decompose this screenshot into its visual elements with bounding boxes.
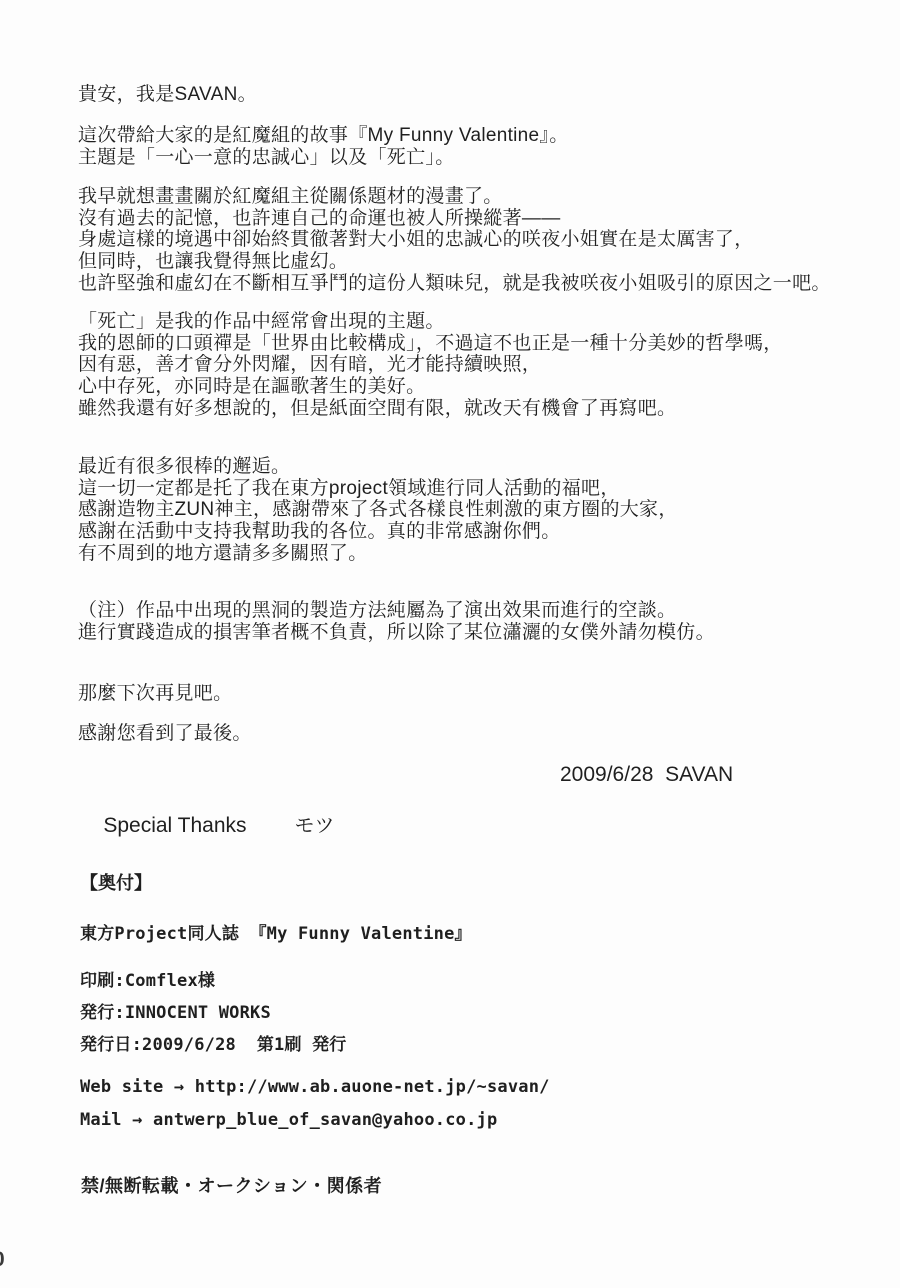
- partial-page-number: 0: [0, 1248, 5, 1272]
- colophon-mail: Mail → antwerp_blue_of_savan@yahoo.co.jp: [80, 1110, 497, 1130]
- text-line: 我早就想畫畫關於紅魔組主從關係題材的漫畫了。: [78, 186, 831, 208]
- text-line: 因有惡，善才會分外閃耀，因有暗，光才能持續映照，: [78, 354, 783, 376]
- text-line: 感謝造物主ZUN神主，感謝帶來了各式各樣良性刺激的東方圈的大家，: [78, 499, 678, 521]
- text-line: 但同時，也讓我覺得無比虛幻。: [78, 251, 831, 273]
- farewell-line: 那麼下次再見吧。: [78, 683, 232, 705]
- text-line: 感謝在活動中支持我幫助我的各位。真的非常感謝你們。: [78, 521, 678, 543]
- text-line: 身處這樣的境遇中卻始終貫徹著對大小姐的忠誠心的咲夜小姐實在是太厲害了，: [78, 229, 831, 251]
- text-line: （注）作品中出現的黑洞的製造方法純屬為了演出效果而進行的空談。: [78, 600, 715, 622]
- text-line: 主題是「一心一意的忠誠心」以及「死亡」。: [78, 147, 569, 169]
- colophon-header: 【奥付】: [80, 869, 152, 895]
- intro-paragraph: 這次帶給大家的是紅魔組的故事『My Funny Valentine』。主題是「一…: [78, 125, 569, 168]
- text-line: 進行實踐造成的損害筆者概不負責，所以除了某位瀟灑的女僕外請勿模仿。: [78, 622, 715, 644]
- maid-paragraph: 我早就想畫畫關於紅魔組主從關係題材的漫畫了。沒有過去的記憶，也許連自己的命運也被…: [78, 186, 831, 295]
- special-thanks-line: Special Thanksモツ: [80, 785, 335, 862]
- text-line: 這次帶給大家的是紅魔組的故事『My Funny Valentine』。: [78, 125, 569, 147]
- colophon-book-title: 東方Project同人誌 『My Funny Valentine』: [80, 919, 472, 944]
- text-line: 沒有過去的記憶，也許連自己的命運也被人所操縱著——: [78, 208, 831, 230]
- text-line: 這一切一定都是托了我在東方project領域進行同人活動的福吧，: [78, 478, 678, 500]
- afterword-page: 貴安，我是SAVAN。 這次帶給大家的是紅魔組的故事『My Funny Vale…: [0, 0, 900, 1288]
- text-line: 我的恩師的口頭禪是「世界由比較構成」，不過這不也正是一種十分美妙的哲學嗎，: [78, 333, 783, 355]
- date-signature: 2009/6/28 SAVAN: [560, 763, 733, 787]
- reproduction-notice: 禁/無断転載・オークション・関係者: [81, 1172, 382, 1198]
- greeting-line: 貴安，我是SAVAN。: [78, 84, 257, 106]
- thanks-paragraph: 最近有很多很棒的邂逅。這一切一定都是托了我在東方project領域進行同人活動的…: [78, 456, 678, 565]
- disclaimer-note: （注）作品中出現的黑洞的製造方法純屬為了演出效果而進行的空談。進行實踐造成的損害…: [78, 600, 715, 643]
- text-line: 心中存死，亦同時是在謳歌著生的美好。: [78, 376, 783, 398]
- special-thanks-name: モツ: [295, 809, 335, 838]
- closing-line: 感謝您看到了最後。: [78, 723, 252, 745]
- special-thanks-label: Special Thanks: [103, 814, 246, 837]
- text-line: 最近有很多很棒的邂逅。: [78, 456, 678, 478]
- text-line: 也許堅強和虛幻在不斷相互爭鬥的這份人類味兒，就是我被咲夜小姐吸引的原因之一吧。: [78, 273, 831, 295]
- text-line: 雖然我還有好多想說的，但是紙面空間有限，就改天有機會了再寫吧。: [78, 398, 783, 420]
- death-theme-paragraph: 「死亡」是我的作品中經常會出現的主題。我的恩師的口頭禪是「世界由比較構成」，不過…: [78, 311, 783, 420]
- colophon-printer: 印刷:Comflex様: [80, 966, 215, 991]
- colophon-website: Web site → http://www.ab.auone-net.jp/~s…: [80, 1077, 550, 1097]
- text-line: 有不周到的地方還請多多關照了。: [78, 543, 678, 565]
- colophon-publish-date: 発行日:2009/6/28 第1刷 発行: [80, 1030, 347, 1055]
- colophon-publisher: 発行:INNOCENT WORKS: [80, 998, 271, 1023]
- text-line: 「死亡」是我的作品中經常會出現的主題。: [78, 311, 783, 333]
